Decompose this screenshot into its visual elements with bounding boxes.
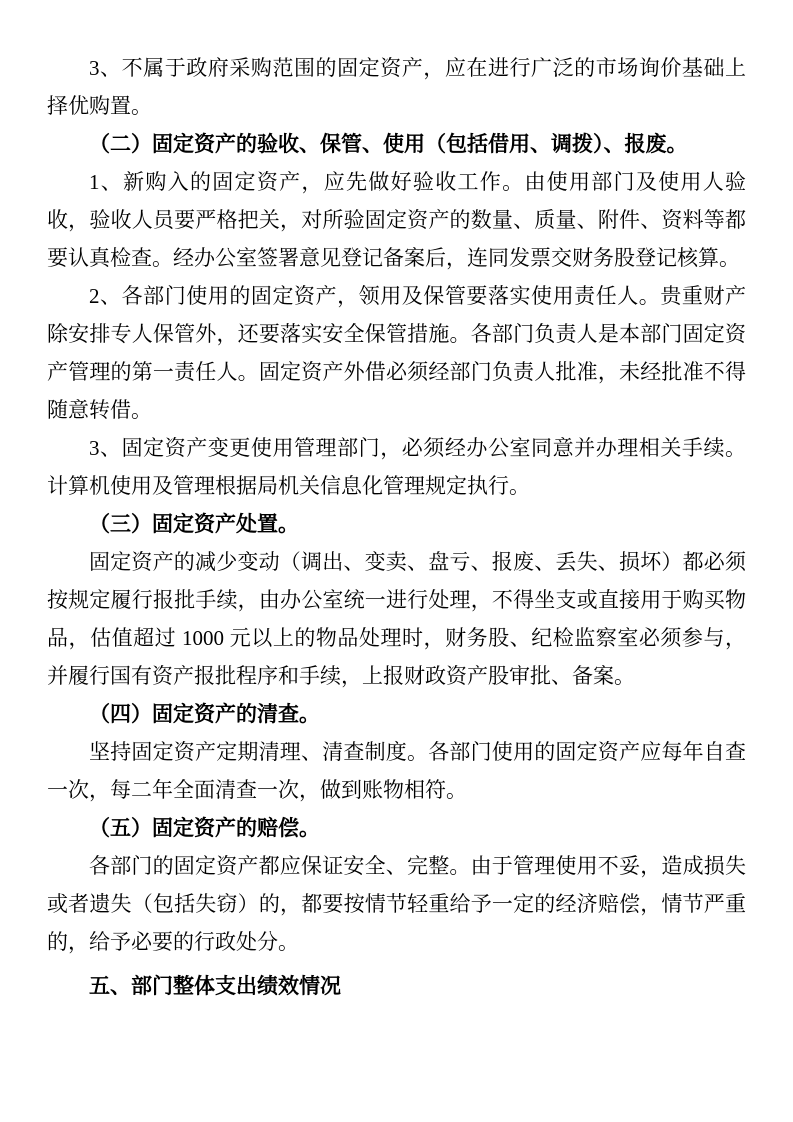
paragraph-disposal: 固定资产的减少变动（调出、变卖、盘亏、报废、丢失、损坏）都必须按规定履行报批手续…: [47, 543, 746, 695]
paragraph-inventory: 坚持固定资产定期清理、清查制度。各部门使用的固定资产应每年自查一次，每二年全面清…: [47, 733, 746, 809]
paragraph-acceptance-3: 3、固定资产变更使用管理部门，必须经办公室同意并办理相关手续。计算机使用及管理根…: [47, 429, 746, 505]
paragraph-compensation: 各部门的固定资产都应保证安全、完整。由于管理使用不妥，造成损失或者遗失（包括失窃…: [47, 847, 746, 961]
paragraph-item3-purchase: 3、不属于政府采购范围的固定资产，应在进行广泛的市场询价基础上择优购置。: [47, 49, 746, 125]
paragraph-acceptance-1: 1、新购入的固定资产，应先做好验收工作。由使用部门及使用人验收，验收人员要严格把…: [47, 163, 746, 277]
document-page: 3、不属于政府采购范围的固定资产，应在进行广泛的市场询价基础上择优购置。 （二）…: [0, 0, 793, 1122]
section-heading-2-acceptance: （二）固定资产的验收、保管、使用（包括借用、调拨）、报废。: [47, 125, 746, 163]
chapter-heading-5-performance: 五、部门整体支出绩效情况: [47, 967, 746, 1005]
paragraph-acceptance-2: 2、各部门使用的固定资产，领用及保管要落实使用责任人。贵重财产除安排专人保管外，…: [47, 277, 746, 429]
section-heading-5-compensation: （五）固定资产的赔偿。: [47, 809, 746, 847]
section-heading-4-inventory: （四）固定资产的清查。: [47, 695, 746, 733]
section-heading-3-disposal: （三）固定资产处置。: [47, 505, 746, 543]
